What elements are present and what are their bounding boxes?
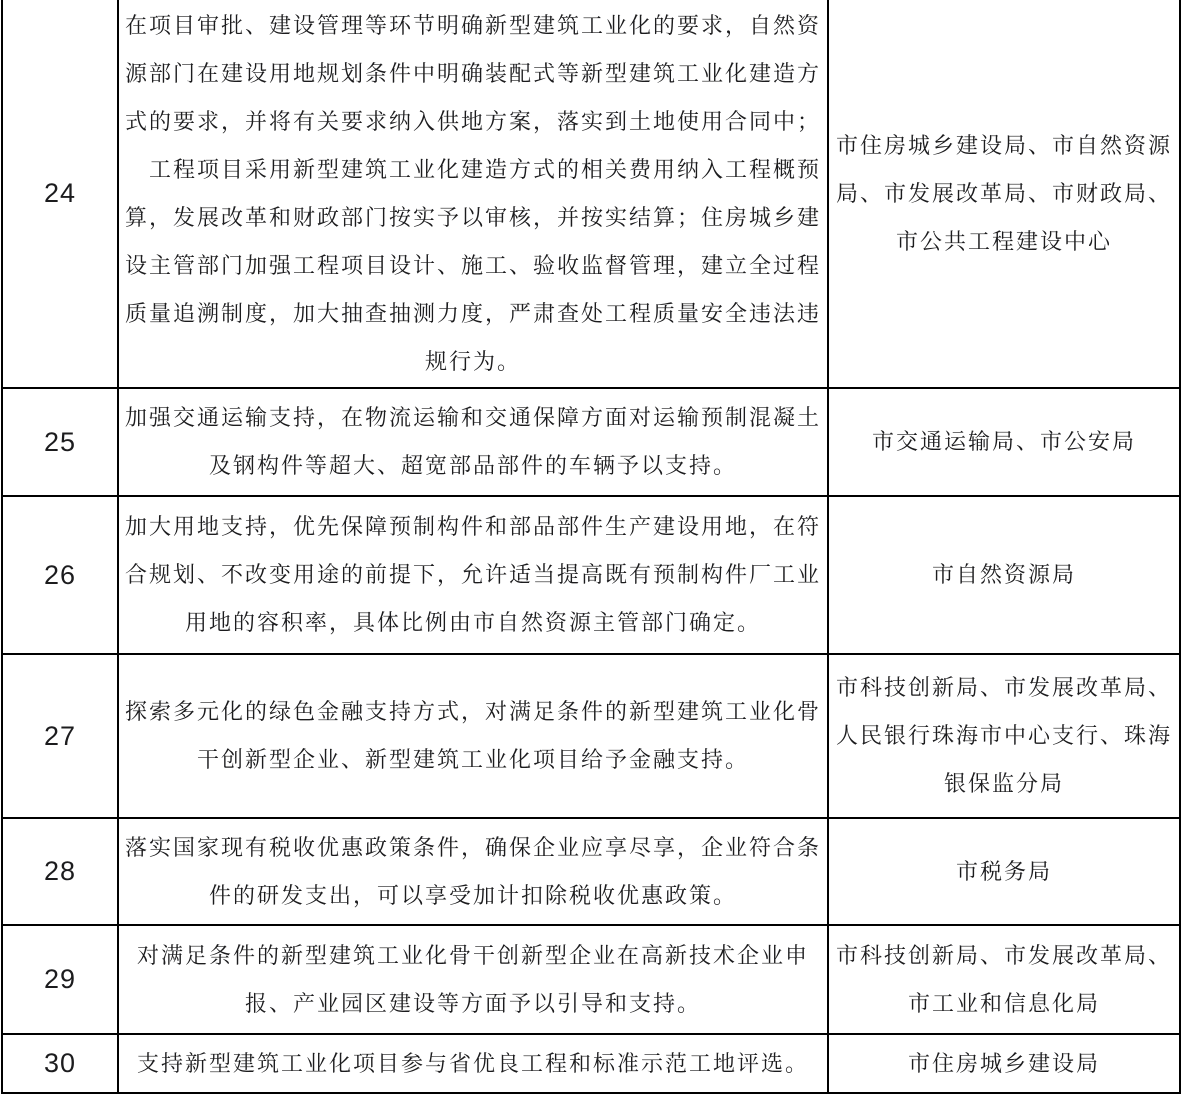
department-line: 市公共工程建设中心 <box>831 218 1177 266</box>
department-line: 人民银行珠海市中心支行、珠海 <box>831 712 1177 760</box>
task-line: 规行为。 <box>119 338 827 386</box>
department-line: 市自然资源局 <box>831 551 1177 599</box>
task-line: 工程项目采用新型建筑工业化建造方式的相关费用纳入工程概预 <box>119 146 827 194</box>
department-line: 市工业和信息化局 <box>831 980 1177 1028</box>
task-line: 支持新型建筑工业化项目参与省优良工程和标准示范工地评选。 <box>119 1040 827 1088</box>
document-page: 24 在项目审批、建设管理等环节明确新型建筑工业化的要求，自然资源部门在建设用地… <box>0 0 1183 1112</box>
task-cell: 对满足条件的新型建筑工业化骨干创新型企业在高新技术企业申报、产业园区建设等方面予… <box>117 926 829 1033</box>
department-line: 市科技创新局、市发展改革局、 <box>831 664 1177 712</box>
department-cell: 市科技创新局、市发展改革局、人民银行珠海市中心支行、珠海银保监分局 <box>829 655 1179 817</box>
table-row: 30 支持新型建筑工业化项目参与省优良工程和标准示范工地评选。 市住房城乡建设局 <box>3 1033 1179 1092</box>
task-cell: 支持新型建筑工业化项目参与省优良工程和标准示范工地评选。 <box>117 1035 829 1092</box>
table-row: 27 探索多元化的绿色金融支持方式，对满足条件的新型建筑工业化骨干创新型企业、新… <box>3 653 1179 817</box>
task-line: 报、产业园区建设等方面予以引导和支持。 <box>119 980 827 1028</box>
task-table: 24 在项目审批、建设管理等环节明确新型建筑工业化的要求，自然资源部门在建设用地… <box>1 0 1181 1094</box>
task-line: 及钢构件等超大、超宽部品部件的车辆予以支持。 <box>119 442 827 490</box>
row-number-cell: 28 <box>3 819 117 924</box>
task-line: 探索多元化的绿色金融支持方式，对满足条件的新型建筑工业化骨 <box>119 688 827 736</box>
task-line: 在项目审批、建设管理等环节明确新型建筑工业化的要求，自然资 <box>119 2 827 50</box>
row-number: 30 <box>44 1050 76 1077</box>
task-line: 质量追溯制度，加大抽查抽测力度，严肃查处工程质量安全违法违 <box>119 290 827 338</box>
task-line: 干创新型企业、新型建筑工业化项目给予金融支持。 <box>119 736 827 784</box>
task-cell: 落实国家现有税收优惠政策条件，确保企业应享尽享，企业符合条件的研发支出，可以享受… <box>117 819 829 924</box>
row-number-cell: 30 <box>3 1035 117 1092</box>
table-row: 29 对满足条件的新型建筑工业化骨干创新型企业在高新技术企业申报、产业园区建设等… <box>3 924 1179 1033</box>
department-cell: 市住房城乡建设局、市自然资源局、市发展改革局、市财政局、市公共工程建设中心 <box>829 0 1179 387</box>
department-line: 局、市发展改革局、市财政局、 <box>831 170 1177 218</box>
department-cell: 市税务局 <box>829 819 1179 924</box>
row-number: 29 <box>44 966 76 993</box>
task-cell: 探索多元化的绿色金融支持方式，对满足条件的新型建筑工业化骨干创新型企业、新型建筑… <box>117 655 829 817</box>
department-cell: 市住房城乡建设局 <box>829 1035 1179 1092</box>
task-line: 式的要求，并将有关要求纳入供地方案，落实到土地使用合同中； <box>119 98 827 146</box>
task-line: 合规划、不改变用途的前提下，允许适当提高既有预制构件厂工业 <box>119 551 827 599</box>
row-number: 28 <box>44 858 76 885</box>
department-line: 市科技创新局、市发展改革局、 <box>831 932 1177 980</box>
table-row: 26 加大用地支持，优先保障预制构件和部品部件生产建设用地，在符合规划、不改变用… <box>3 495 1179 653</box>
task-line: 加大用地支持，优先保障预制构件和部品部件生产建设用地，在符 <box>119 503 827 551</box>
row-number-cell: 29 <box>3 926 117 1033</box>
department-cell: 市自然资源局 <box>829 497 1179 653</box>
task-line: 对满足条件的新型建筑工业化骨干创新型企业在高新技术企业申 <box>119 932 827 980</box>
department-line: 市交通运输局、市公安局 <box>831 418 1177 466</box>
department-cell: 市交通运输局、市公安局 <box>829 389 1179 495</box>
task-cell: 加大用地支持，优先保障预制构件和部品部件生产建设用地，在符合规划、不改变用途的前… <box>117 497 829 653</box>
department-cell: 市科技创新局、市发展改革局、市工业和信息化局 <box>829 926 1179 1033</box>
department-line: 市住房城乡建设局 <box>831 1040 1177 1088</box>
row-number: 25 <box>44 429 76 456</box>
task-line: 源部门在建设用地规划条件中明确装配式等新型建筑工业化建造方 <box>119 50 827 98</box>
row-number: 24 <box>44 180 76 207</box>
table-row: 25 加强交通运输支持，在物流运输和交通保障方面对运输预制混凝土及钢构件等超大、… <box>3 387 1179 495</box>
row-number: 26 <box>44 562 76 589</box>
department-line: 市住房城乡建设局、市自然资源 <box>831 122 1177 170</box>
row-number: 27 <box>44 723 76 750</box>
department-line: 市税务局 <box>831 848 1177 896</box>
row-number-cell: 26 <box>3 497 117 653</box>
task-line: 设主管部门加强工程项目设计、施工、验收监督管理，建立全过程 <box>119 242 827 290</box>
row-number-cell: 25 <box>3 389 117 495</box>
department-line: 银保监分局 <box>831 760 1177 808</box>
row-number-cell: 24 <box>3 0 117 387</box>
task-cell: 在项目审批、建设管理等环节明确新型建筑工业化的要求，自然资源部门在建设用地规划条… <box>117 0 829 387</box>
table-row: 28 落实国家现有税收优惠政策条件，确保企业应享尽享，企业符合条件的研发支出，可… <box>3 817 1179 924</box>
table-row: 24 在项目审批、建设管理等环节明确新型建筑工业化的要求，自然资源部门在建设用地… <box>3 0 1179 387</box>
task-line: 加强交通运输支持，在物流运输和交通保障方面对运输预制混凝土 <box>119 394 827 442</box>
task-line: 落实国家现有税收优惠政策条件，确保企业应享尽享，企业符合条 <box>119 824 827 872</box>
task-line: 算，发展改革和财政部门按实予以审核，并按实结算；住房城乡建 <box>119 194 827 242</box>
task-line: 用地的容积率，具体比例由市自然资源主管部门确定。 <box>119 599 827 647</box>
task-cell: 加强交通运输支持，在物流运输和交通保障方面对运输预制混凝土及钢构件等超大、超宽部… <box>117 389 829 495</box>
row-number-cell: 27 <box>3 655 117 817</box>
task-line: 件的研发支出，可以享受加计扣除税收优惠政策。 <box>119 872 827 920</box>
